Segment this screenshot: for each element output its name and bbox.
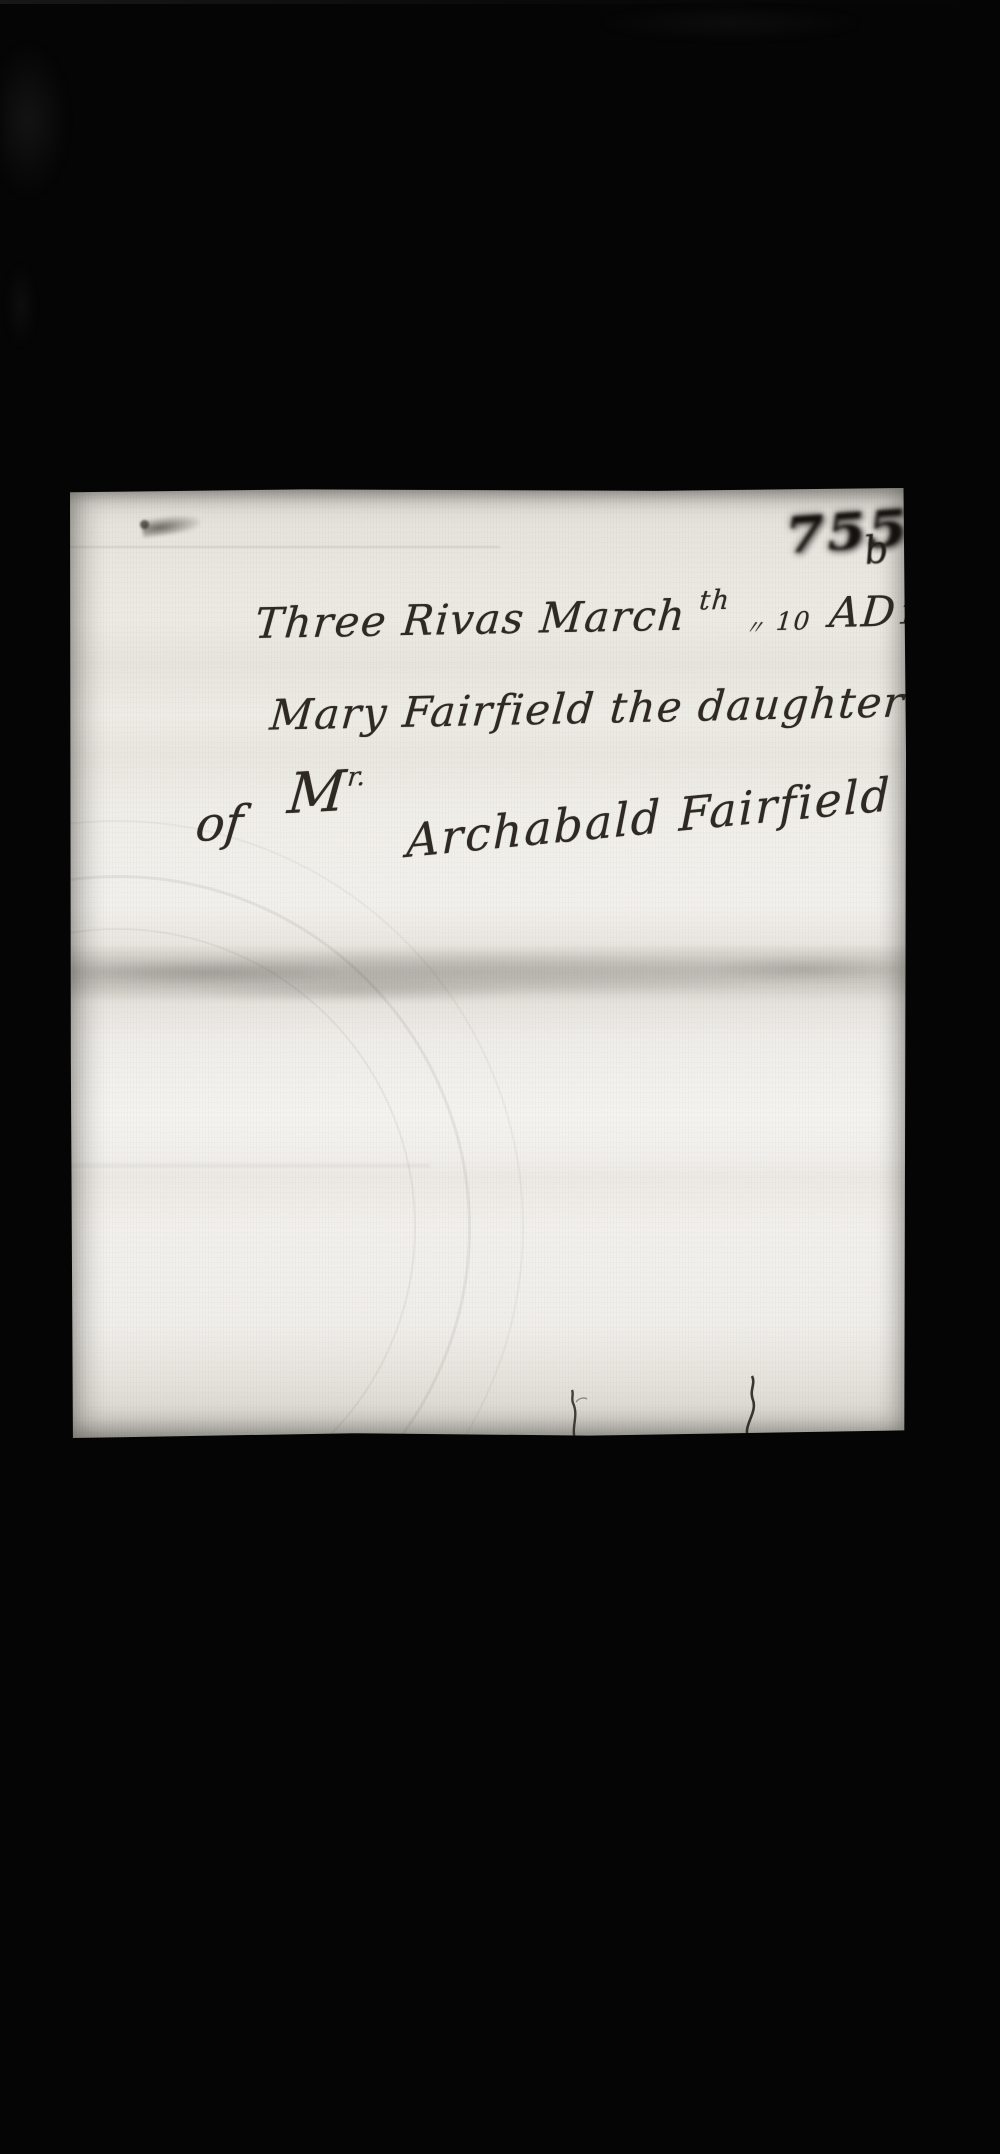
- grain-rect: [70, 488, 906, 1438]
- film-edge-streak: [0, 0, 1000, 4]
- film-smudge: [0, 40, 70, 200]
- microfilm-frame: 755 b Three Rivas Marchth〃10AD1828 Mary …: [0, 0, 1000, 2154]
- document-page: 755 b Three Rivas Marchth〃10AD1828 Mary …: [70, 488, 906, 1438]
- film-smudge: [600, 6, 860, 40]
- film-smudge: [6, 260, 36, 350]
- film-grain-overlay: [70, 488, 906, 1438]
